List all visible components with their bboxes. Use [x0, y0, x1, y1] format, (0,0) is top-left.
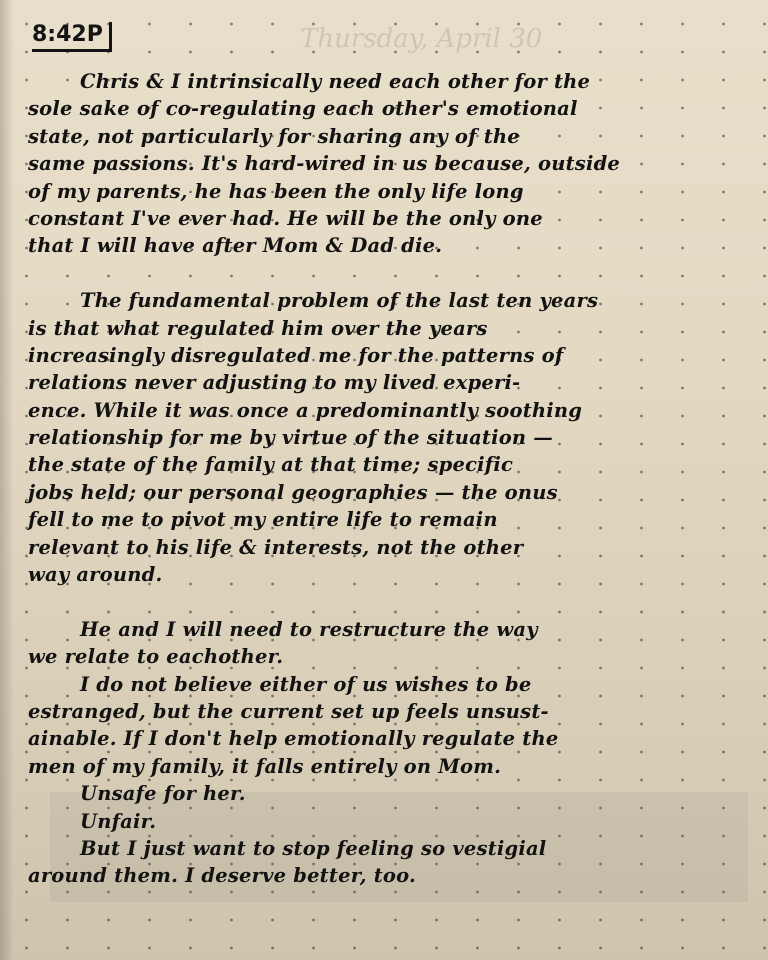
handwritten-line: Chris & I intrinsically need each other …	[28, 68, 748, 95]
paragraph-gap	[28, 588, 748, 615]
handwritten-line: is that what regulated him over the year…	[28, 315, 748, 342]
handwritten-line: we relate to eachother.	[28, 643, 748, 670]
handwritten-line: increasingly disregulated me for the pat…	[28, 342, 748, 369]
handwritten-line: ence. While it was once a predominantly …	[28, 397, 748, 424]
handwritten-line: way around.	[28, 561, 748, 588]
handwritten-line: relevant to his life & interests, not th…	[28, 534, 748, 561]
handwritten-line: same passions. It's hard-wired in us bec…	[28, 150, 748, 177]
handwritten-line: jobs held; our personal geographies — th…	[28, 479, 748, 506]
handwritten-line: ainable. If I don't help emotionally reg…	[28, 725, 748, 752]
handwritten-line: around them. I deserve better, too.	[28, 862, 748, 889]
bleed-through-header: Thursday, April 30	[300, 24, 542, 54]
handwritten-line: The fundamental problem of the last ten …	[28, 287, 748, 314]
handwritten-line: But I just want to stop feeling so vesti…	[28, 835, 748, 862]
handwritten-line: Unfair.	[28, 808, 748, 835]
journal-page: Thursday, April 30 8:42P Chris & I intri…	[0, 0, 768, 960]
handwritten-line: sole sake of co-regulating each other's …	[28, 95, 748, 122]
handwritten-line: state, not particularly for sharing any …	[28, 123, 748, 150]
paragraph-gap	[28, 260, 748, 287]
handwritten-line: of my parents, he has been the only life…	[28, 178, 748, 205]
journal-entry: Chris & I intrinsically need each other …	[28, 68, 748, 890]
handwritten-line: that I will have after Mom & Dad die.	[28, 232, 748, 259]
handwritten-line: constant I've ever had. He will be the o…	[28, 205, 748, 232]
handwritten-line: the state of the family at that time; sp…	[28, 451, 748, 478]
handwritten-line: He and I will need to restructure the wa…	[28, 616, 748, 643]
handwritten-line: relationship for me by virtue of the sit…	[28, 424, 748, 451]
handwritten-line: I do not believe either of us wishes to …	[28, 671, 748, 698]
handwritten-line: Unsafe for her.	[28, 780, 748, 807]
handwritten-line: men of my family, it falls entirely on M…	[28, 753, 748, 780]
handwritten-line: fell to me to pivot my entire life to re…	[28, 506, 748, 533]
time-label: 8:42P	[32, 22, 112, 52]
handwritten-line: estranged, but the current set up feels …	[28, 698, 748, 725]
handwritten-line: relations never adjusting to my lived ex…	[28, 369, 748, 396]
